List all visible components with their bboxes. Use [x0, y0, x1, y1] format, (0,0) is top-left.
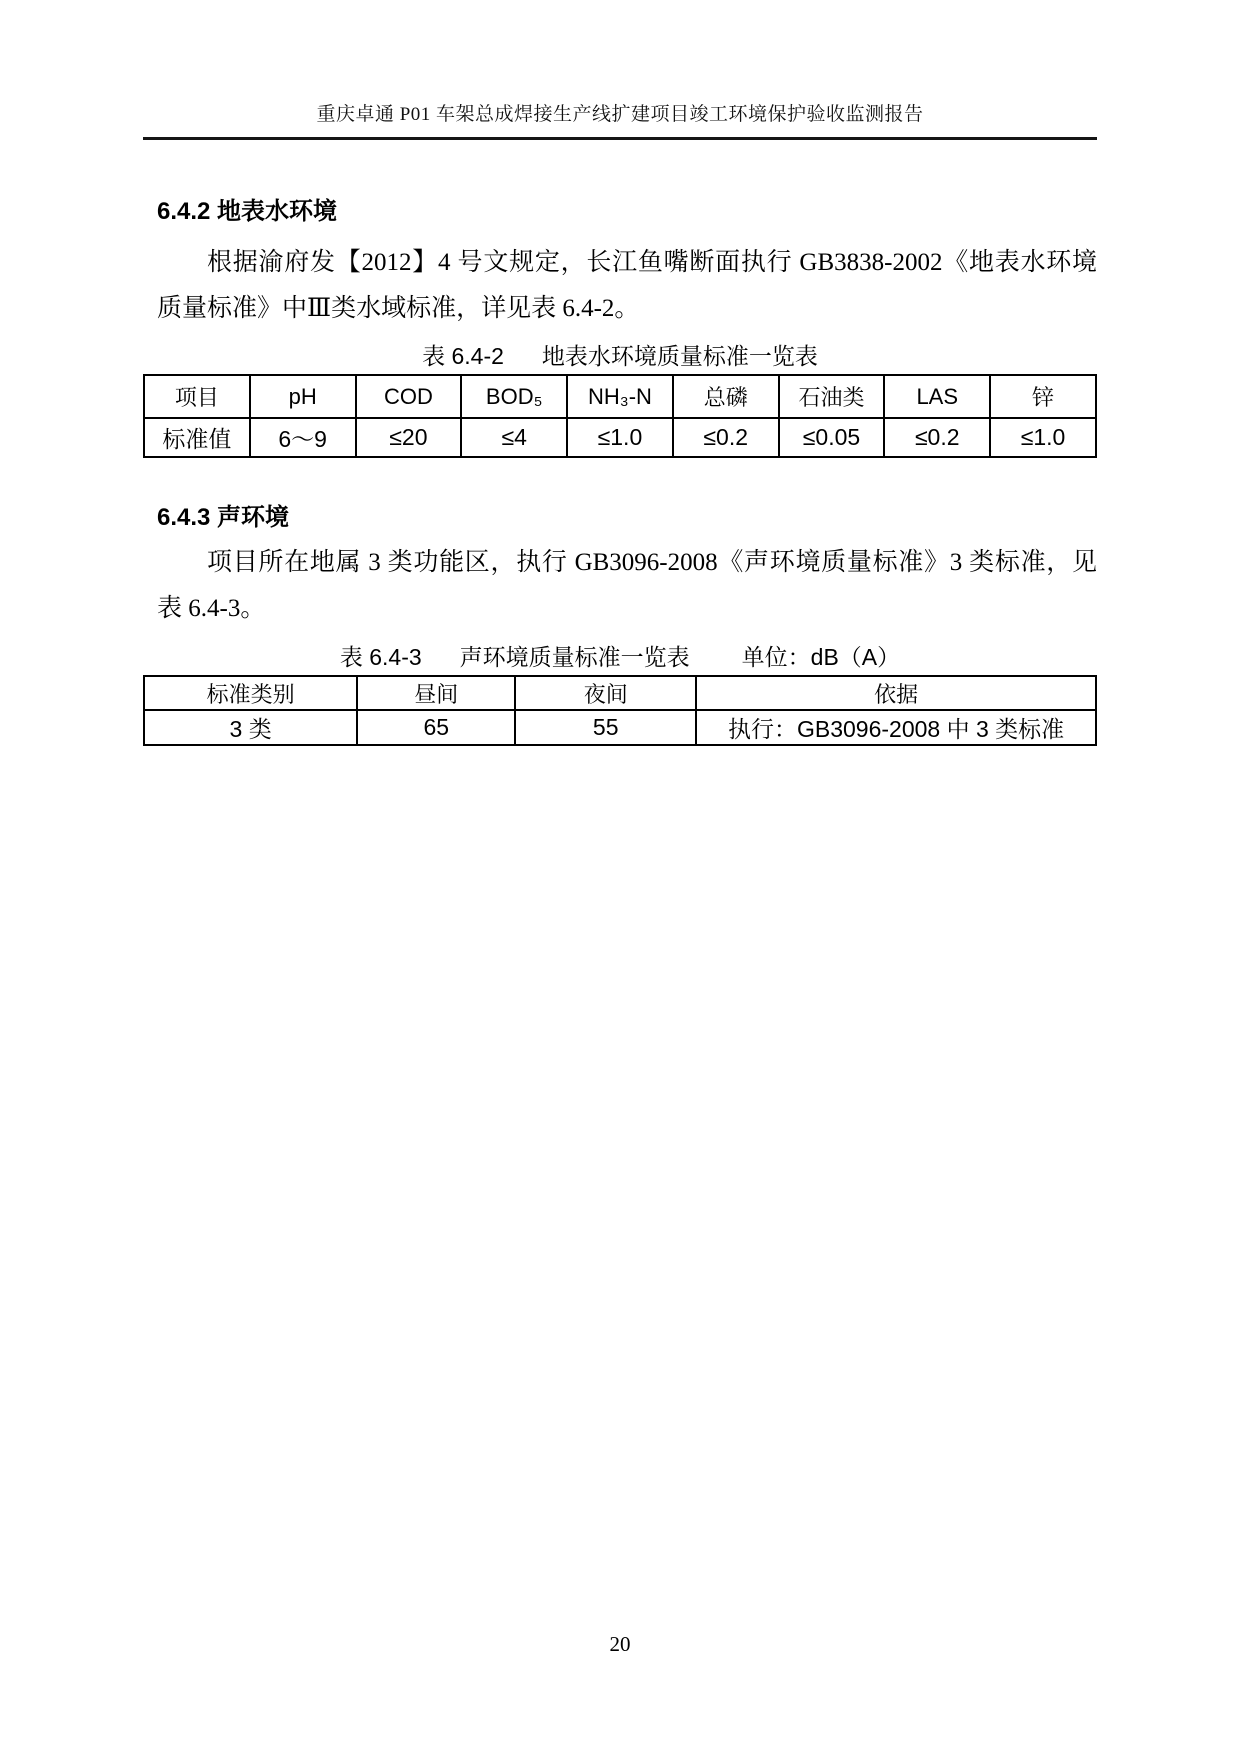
- header-cell-basis: 依据: [696, 676, 1096, 710]
- value-cell-las: ≤0.2: [884, 418, 990, 457]
- page-number: 20: [610, 1632, 631, 1656]
- header-cell-ph: pH: [250, 375, 356, 418]
- header-cell-cod: COD: [356, 375, 462, 418]
- page-content: 6.4.2 地表水环境 根据渝府发【2012】4 号文规定，长江鱼嘴断面执行 G…: [143, 196, 1097, 746]
- table-caption-label: 表 6.4-3: [340, 644, 422, 670]
- table-value-row: 3 类 65 55 执行：GB3096-2008 中 3 类标准: [144, 710, 1096, 745]
- document-page: 重庆卓通 P01 车架总成焊接生产线扩建项目竣工环境保护验收监测报告 6.4.2…: [0, 0, 1240, 1754]
- value-cell-bod5: ≤4: [461, 418, 567, 457]
- value-cell-basis: 执行：GB3096-2008 中 3 类标准: [696, 710, 1096, 745]
- value-cell-label: 标准值: [144, 418, 250, 457]
- header-cell-las: LAS: [884, 375, 990, 418]
- table-caption-label: 表 6.4-2: [422, 343, 504, 369]
- header-cell-item: 项目: [144, 375, 250, 418]
- table-header-row: 标准类别 昼间 夜间 依据: [144, 676, 1096, 710]
- table-caption-unit: 单位：dB（A）: [742, 644, 900, 670]
- value-cell-oil: ≤0.05: [779, 418, 885, 457]
- noise-standard-table: 标准类别 昼间 夜间 依据 3 类 65 55 执行：GB3096-2008 中…: [143, 675, 1097, 746]
- header-cell-bod5: BOD₅: [461, 375, 567, 418]
- header-cell-category: 标准类别: [144, 676, 357, 710]
- value-cell-day: 65: [357, 710, 515, 745]
- value-cell-night: 55: [515, 710, 696, 745]
- table-caption-642: 表 6.4-2地表水环境质量标准一览表: [143, 341, 1097, 371]
- running-header: 重庆卓通 P01 车架总成焊接生产线扩建项目竣工环境保护验收监测报告: [143, 0, 1097, 140]
- page-footer: 20: [0, 1632, 1240, 1657]
- value-cell-nh3n: ≤1.0: [567, 418, 673, 457]
- section-heading-642: 6.4.2 地表水环境: [143, 196, 1097, 228]
- header-cell-zinc: 锌: [990, 375, 1096, 418]
- value-cell-cod: ≤20: [356, 418, 462, 457]
- header-cell-oil: 石油类: [779, 375, 885, 418]
- value-cell-category: 3 类: [144, 710, 357, 745]
- value-cell-tp: ≤0.2: [673, 418, 779, 457]
- header-cell-day: 昼间: [357, 676, 515, 710]
- paragraph-noise: 项目所在地属 3 类功能区，执行 GB3096-2008《声环境质量标准》3 类…: [143, 540, 1097, 632]
- section-heading-643: 6.4.3 声环境: [143, 502, 1097, 534]
- table-caption-643: 表 6.4-3声环境质量标准一览表单位：dB（A）: [143, 642, 1097, 672]
- surface-water-standard-table: 项目 pH COD BOD₅ NH₃-N 总磷 石油类 LAS 锌 标准值 6～…: [143, 374, 1097, 458]
- table-header-row: 项目 pH COD BOD₅ NH₃-N 总磷 石油类 LAS 锌: [144, 375, 1096, 418]
- header-cell-night: 夜间: [515, 676, 696, 710]
- running-header-title: 重庆卓通 P01 车架总成焊接生产线扩建项目竣工环境保护验收监测报告: [143, 102, 1097, 128]
- table-value-row: 标准值 6～9 ≤20 ≤4 ≤1.0 ≤0.2 ≤0.05 ≤0.2 ≤1.0: [144, 418, 1096, 457]
- header-cell-nh3n: NH₃-N: [567, 375, 673, 418]
- value-cell-zinc: ≤1.0: [990, 418, 1096, 457]
- table-caption-title: 地表水环境质量标准一览表: [542, 343, 818, 369]
- header-cell-tp: 总磷: [673, 375, 779, 418]
- table-caption-title: 声环境质量标准一览表: [460, 644, 690, 670]
- paragraph-surface-water: 根据渝府发【2012】4 号文规定，长江鱼嘴断面执行 GB3838-2002《地…: [143, 240, 1097, 332]
- value-cell-ph: 6～9: [250, 418, 356, 457]
